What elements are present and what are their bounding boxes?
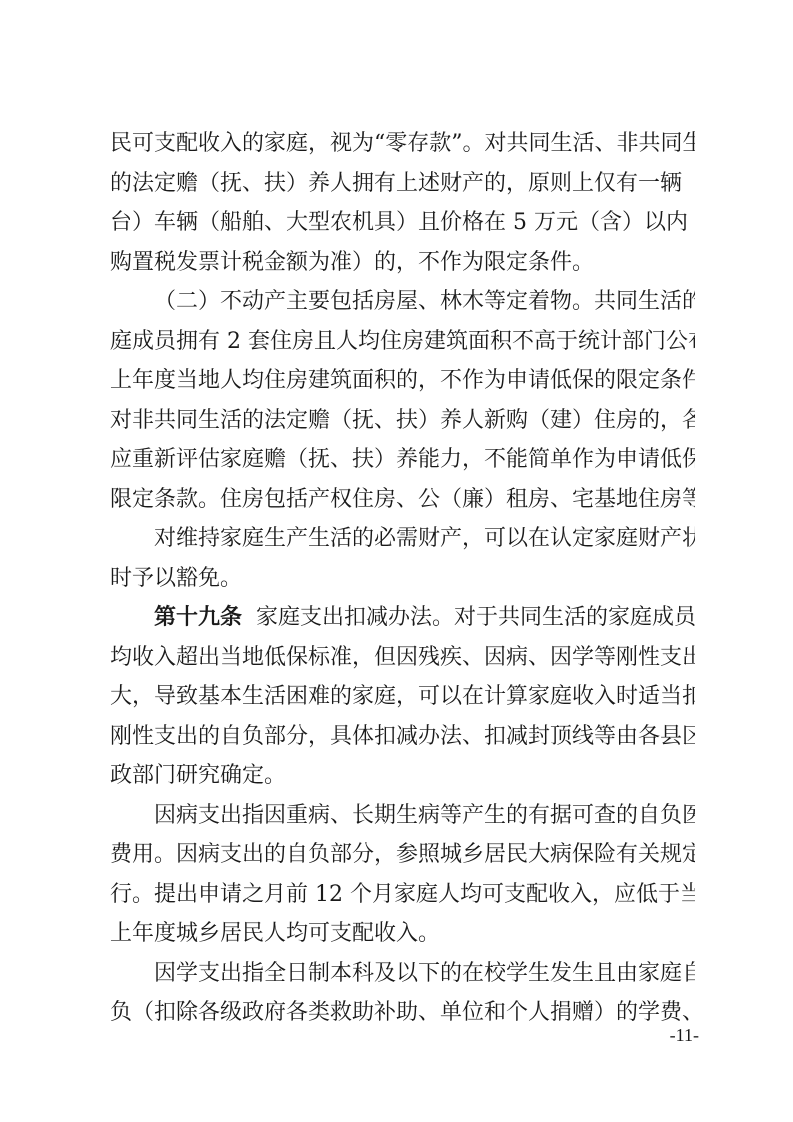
article-label: 第十九条 (154, 605, 242, 630)
text-line: 限定条款。住房包括产权住房、公（廉）租房、宅基地住房等。 (110, 480, 695, 520)
paragraph-illness-expense: 因病支出指因重病、长期生病等产生的有据可查的自负医疗 费用。因病支出的自负部分，… (110, 796, 695, 954)
text-line: 上年度当地人均住房建筑面积的，不作为申请低保的限定条件； (110, 361, 695, 401)
text-line: 刚性支出的自负部分，具体扣减办法、扣减封顶线等由各县区民 (110, 717, 695, 757)
text-line: 庭成员拥有 2 套住房且人均住房建筑面积不高于统计部门公布的 (110, 322, 695, 362)
text-line: 应重新评估家庭赡（抚、扶）养能力，不能简单作为申请低保的 (110, 440, 695, 480)
text-line: （二）不动产主要包括房屋、林木等定着物。共同生活的家 (110, 282, 695, 322)
text-line: 对非共同生活的法定赡（抚、扶）养人新购（建）住房的，各地 (110, 401, 695, 441)
text-line: 时予以豁免。 (110, 559, 695, 599)
paragraph-article-19: 第十九条家庭支出扣减办法。对于共同生活的家庭成员人 均收入超出当地低保标准，但因… (110, 598, 695, 796)
text-line: 的法定赡（抚、扶）养人拥有上述财产的，原则上仅有一辆（艘、 (110, 164, 695, 204)
text-line: 因病支出指因重病、长期生病等产生的有据可查的自负医疗 (110, 796, 695, 836)
text-line: 均收入超出当地低保标准，但因残疾、因病、因学等刚性支出过 (110, 638, 695, 678)
text-line: 大，导致基本生活困难的家庭，可以在计算家庭收入时适当扣减 (110, 677, 695, 717)
text-line: 行。提出申请之月前 12 个月家庭人均可支配收入，应低于当地 (110, 875, 695, 915)
text-line: 因学支出指全日制本科及以下的在校学生发生且由家庭自 (110, 954, 695, 994)
paragraph-vehicle-exemption: 民可支配收入的家庭，视为“零存款”。对共同生活、非共同生活 的法定赡（抚、扶）养… (110, 124, 695, 282)
text-line: 负（扣除各级政府各类救助补助、单位和个人捐赠）的学费、住 (110, 993, 695, 1033)
text-line: 上年度城乡居民人均可支配收入。 (110, 914, 695, 954)
paragraph-necessary-property: 对维持家庭生产生活的必需财产，可以在认定家庭财产状况 时予以豁免。 (110, 519, 695, 598)
document-page: 民可支配收入的家庭，视为“零存款”。对共同生活、非共同生活 的法定赡（抚、扶）养… (110, 124, 695, 1033)
text-line: 民可支配收入的家庭，视为“零存款”。对共同生活、非共同生活 (110, 124, 695, 164)
text-line: 政部门研究确定。 (110, 756, 695, 796)
paragraph-real-estate: （二）不动产主要包括房屋、林木等定着物。共同生活的家 庭成员拥有 2 套住房且人… (110, 282, 695, 519)
text-line: 费用。因病支出的自负部分，参照城乡居民大病保险有关规定执 (110, 835, 695, 875)
text-line: 对维持家庭生产生活的必需财产，可以在认定家庭财产状况 (110, 519, 695, 559)
page-number: -11- (655, 1025, 699, 1046)
text-line: 台）车辆（船舶、大型农机具）且价格在 5 万元（含）以内（以 (110, 203, 695, 243)
paragraph-education-expense: 因学支出指全日制本科及以下的在校学生发生且由家庭自 负（扣除各级政府各类救助补助… (110, 954, 695, 1033)
text-line: 第十九条家庭支出扣减办法。对于共同生活的家庭成员人 (110, 598, 695, 638)
article-text: 家庭支出扣减办法。对于共同生活的家庭成员人 (256, 605, 695, 630)
text-line: 购置税发票计税金额为准）的，不作为限定条件。 (110, 243, 695, 283)
